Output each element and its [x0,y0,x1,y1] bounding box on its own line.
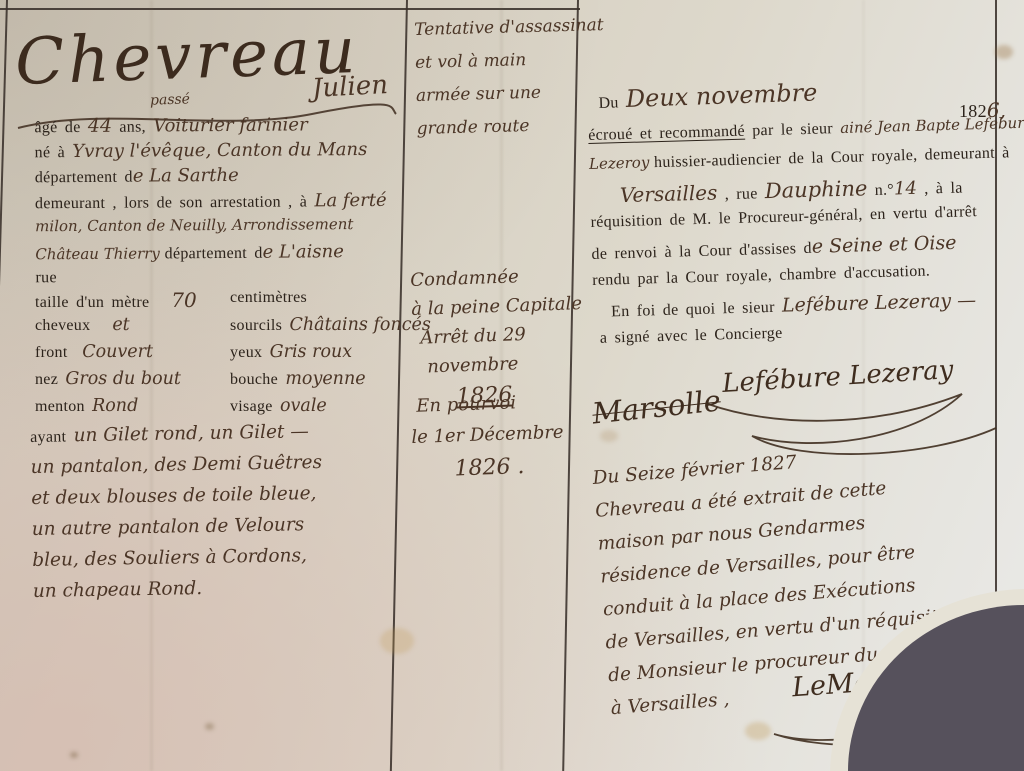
prison-register-scan: Chevreau Julien passé âgé de 44 ans, Voi… [0,0,1024,771]
printed-text: département d [165,244,263,262]
handwritten-text: un Gilet rond, un Gilet — [73,421,309,446]
printed-text: rue [35,269,56,286]
row-right-half: visage ovale [230,398,327,416]
handwritten-text: Lefébure Lezeray — [782,289,977,316]
row-right-half: centimètres [230,290,307,306]
printed-text: , à la [917,180,963,198]
text-line: milon, Canton de Neuilly, Arrondissement [35,217,405,245]
text-line: Tentative d'assassinat [414,18,580,55]
printed-text: centimètres [230,289,307,306]
printed-text: taille d'un mètre [35,294,171,311]
handwritten-text: novembre [427,353,519,377]
printed-text: Du [598,94,626,112]
printed-text: sourcils [230,317,289,334]
committal-lines: écroué et recommandé par le sieur ainé J… [588,117,1004,360]
text-line: 1826 . [412,454,578,491]
charge-lines: Tentative d'assassinatet vol à mainarmée… [414,18,582,154]
printed-text: ans, [112,118,153,135]
text-line: cheveux etsourcils Châtains foncés [35,317,405,344]
printed-text: En foi de quoi le sieur [611,299,782,321]
row-left-half: menton Rond [35,398,138,415]
handwritten-text: e L'aisne [263,241,344,263]
printed-text: ayant [30,428,74,446]
identity-lines: âgé de 44 ans, Voiturier farinierné à Yv… [34,115,405,296]
printed-text: n.° [867,181,894,199]
handwritten-text: et deux blouses de toile bleue, [31,483,317,509]
text-line: armée sur une [416,84,582,121]
row-left-half: taille d'un mètre 70 [35,294,197,311]
paper-stain [380,628,414,654]
text-line: Du Deux novembre [598,80,818,117]
handwritten-text: En pourvoi [416,392,516,416]
handwritten-text: Deux novembre [625,78,817,113]
appeal-lines: En pourvoile 1er Décembre1826 . [410,392,578,491]
row-right-half: bouche moyenne [230,371,366,389]
text-line: Château Thierry département de L'aisne [35,242,405,270]
committal-date-line: Du Deux novembre [598,80,818,117]
text-line: front Couvertyeux Gris roux [35,344,405,371]
handwritten-text: Du Seize février 1827 [592,452,798,489]
printed-text: yeux [230,344,270,361]
handwritten-text: ovale [280,396,327,416]
handwritten-text: e Seine et Oise [811,232,956,258]
printed-text: bouche [230,371,285,388]
handwritten-text: moyenne [285,369,365,389]
handwritten-text: armée sur une [416,83,542,106]
handwritten-text: 70 [171,288,196,312]
text-line: taille d'un mètre 70centimètres [35,290,405,317]
text-line: un chapeau Rond. [33,576,413,614]
paper-speck [70,752,78,758]
handwritten-text: Voiturier farinier [153,114,308,136]
printed-text: nez [35,371,65,388]
text-line: et vol à main [415,51,581,88]
handwritten-text: grande route [417,116,530,139]
handwritten-text: Couvert [82,342,153,362]
text-line: nez Gros du boutbouche moyenne [35,371,405,398]
paper-stain [995,45,1013,59]
handwritten-text: Rond [92,396,138,416]
handwritten-text: Gros du bout [65,369,181,389]
handwritten-text: 44 [88,115,112,137]
handwritten-text: La ferté [314,189,386,211]
printed-text: âgé de [34,119,88,136]
printed-text: par le sieur [745,120,841,140]
handwritten-text: Arrêt du 29 [420,324,526,349]
handwritten-text: Condamnée [410,266,519,291]
clothing-lines: ayant un Gilet rond, un Gilet —un pantal… [30,421,413,614]
printed-text: menton [35,398,92,415]
handwritten-text: milon, Canton de Neuilly, Arrondissement [35,215,353,235]
inserted-annotation: passé [150,91,191,108]
left-border-line [0,0,8,771]
handwritten-text: et vol à main [415,50,527,73]
description-rows: taille d'un mètre 70centimètrescheveux e… [35,290,405,425]
handwritten-text: bleu, des Souliers à Cordons, [32,545,307,571]
top-rule-line [0,8,580,10]
handwritten-text: Yvray l'évêque, Canton du Mans [72,138,367,161]
handwritten-text: un pantalon, des Demi Guêtres [31,452,323,478]
printed-text: front [35,344,82,361]
printed-text: écroué et recommandé [588,123,745,144]
handwritten-text: Châtains foncés [289,315,430,335]
printed-text: cheveux [35,317,112,334]
printed-text: , rue [717,185,765,203]
handwritten-text: 14 [894,178,917,200]
handwritten-text: le 1er Décembre [411,422,564,448]
handwritten-text: un chapeau Rond. [33,578,203,602]
paper-stain [600,430,618,442]
text-line: menton Rondvisage ovale [35,398,405,425]
row-left-half: front Couvert [35,344,153,361]
prisoner-surname: Chevreau [14,14,360,100]
row-left-half: cheveux et [35,317,130,334]
printed-text: de renvoi à la Cour d'assises d [591,240,812,263]
printed-text: né à [35,144,73,161]
handwritten-text: Lezeroy [589,153,655,173]
prisoner-firstname: Julien [311,70,388,104]
handwritten-text: à la peine Capitale [411,293,582,320]
row-left-half: nez Gros du bout [35,371,181,388]
handwritten-text: e La Sarthe [133,165,239,187]
printed-text: visage [230,398,280,415]
paper-speck [205,723,214,730]
handwritten-text: un autre pantalon de Velours [32,514,305,540]
handwritten-text: Versailles [620,180,718,207]
handwritten-text: ainé Jean Bapte Lefebure [840,114,1024,137]
handwritten-text: 1826 . [454,454,525,481]
row-right-half: yeux Gris roux [230,344,352,362]
text-line: grande route [417,117,583,154]
paper-stain [745,722,771,740]
handwritten-text: et [112,315,129,335]
handwritten-text: Tentative d'assassinat [414,15,604,40]
printed-text: demeurant , lors de son arrestation , à [35,193,315,212]
handwritten-text: Gris roux [270,342,353,362]
row-right-half: sourcils Châtains foncés [230,317,431,335]
printed-text: département d [35,169,133,187]
handwritten-text: Dauphine [765,176,868,203]
handwritten-text: Château Thierry [35,244,164,263]
